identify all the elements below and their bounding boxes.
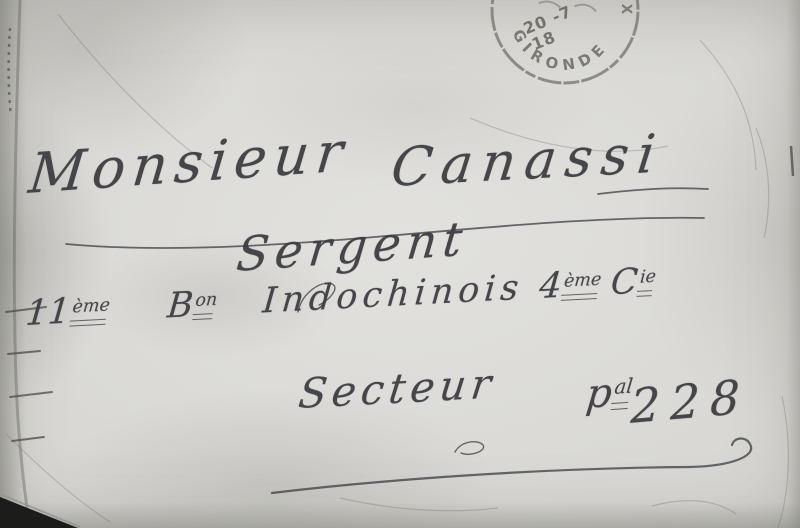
corner-cut — [0, 497, 78, 528]
sector-number: 228 — [630, 369, 750, 435]
company-abbr-value: C — [609, 262, 639, 304]
sector-abbr-value: p — [584, 370, 614, 418]
svg-text:UX: UX — [610, 0, 638, 20]
flourish-bottom-underline — [272, 438, 751, 493]
company-abbr: Cie — [609, 261, 657, 304]
right-edge-mark — [791, 146, 793, 176]
svg-text:GIRONDE: GIRONDE — [504, 24, 613, 80]
company-abbr-suffix: ie — [639, 266, 657, 287]
postmark-department: GIRONDE — [504, 24, 613, 80]
battalion-abbr: Bon — [166, 284, 219, 327]
postmark-town-fragment: UX — [610, 0, 638, 20]
postmark: GIRONDE UX 20 -7 18 — [483, 0, 648, 92]
battalion-abbr-suffix: on — [195, 289, 219, 310]
battalion-number-suffix: ème — [72, 295, 111, 317]
company-number-suffix: ème — [563, 269, 602, 291]
company-number: 4ème — [538, 264, 603, 307]
flourish-i-tail — [598, 188, 708, 194]
battalion-number-value: 11 — [24, 291, 72, 334]
battalion-number: 11ème — [24, 289, 111, 334]
left-edge-fold — [14, 0, 30, 528]
envelope-photo: GIRONDE UX 20 -7 18 Monsieur Canassi Ser… — [0, 0, 800, 528]
battalion-abbr-value: B — [166, 285, 195, 327]
left-edge-dots — [9, 28, 11, 116]
flourish-small-loop — [455, 442, 484, 455]
sector-abbr: pal — [584, 368, 635, 418]
